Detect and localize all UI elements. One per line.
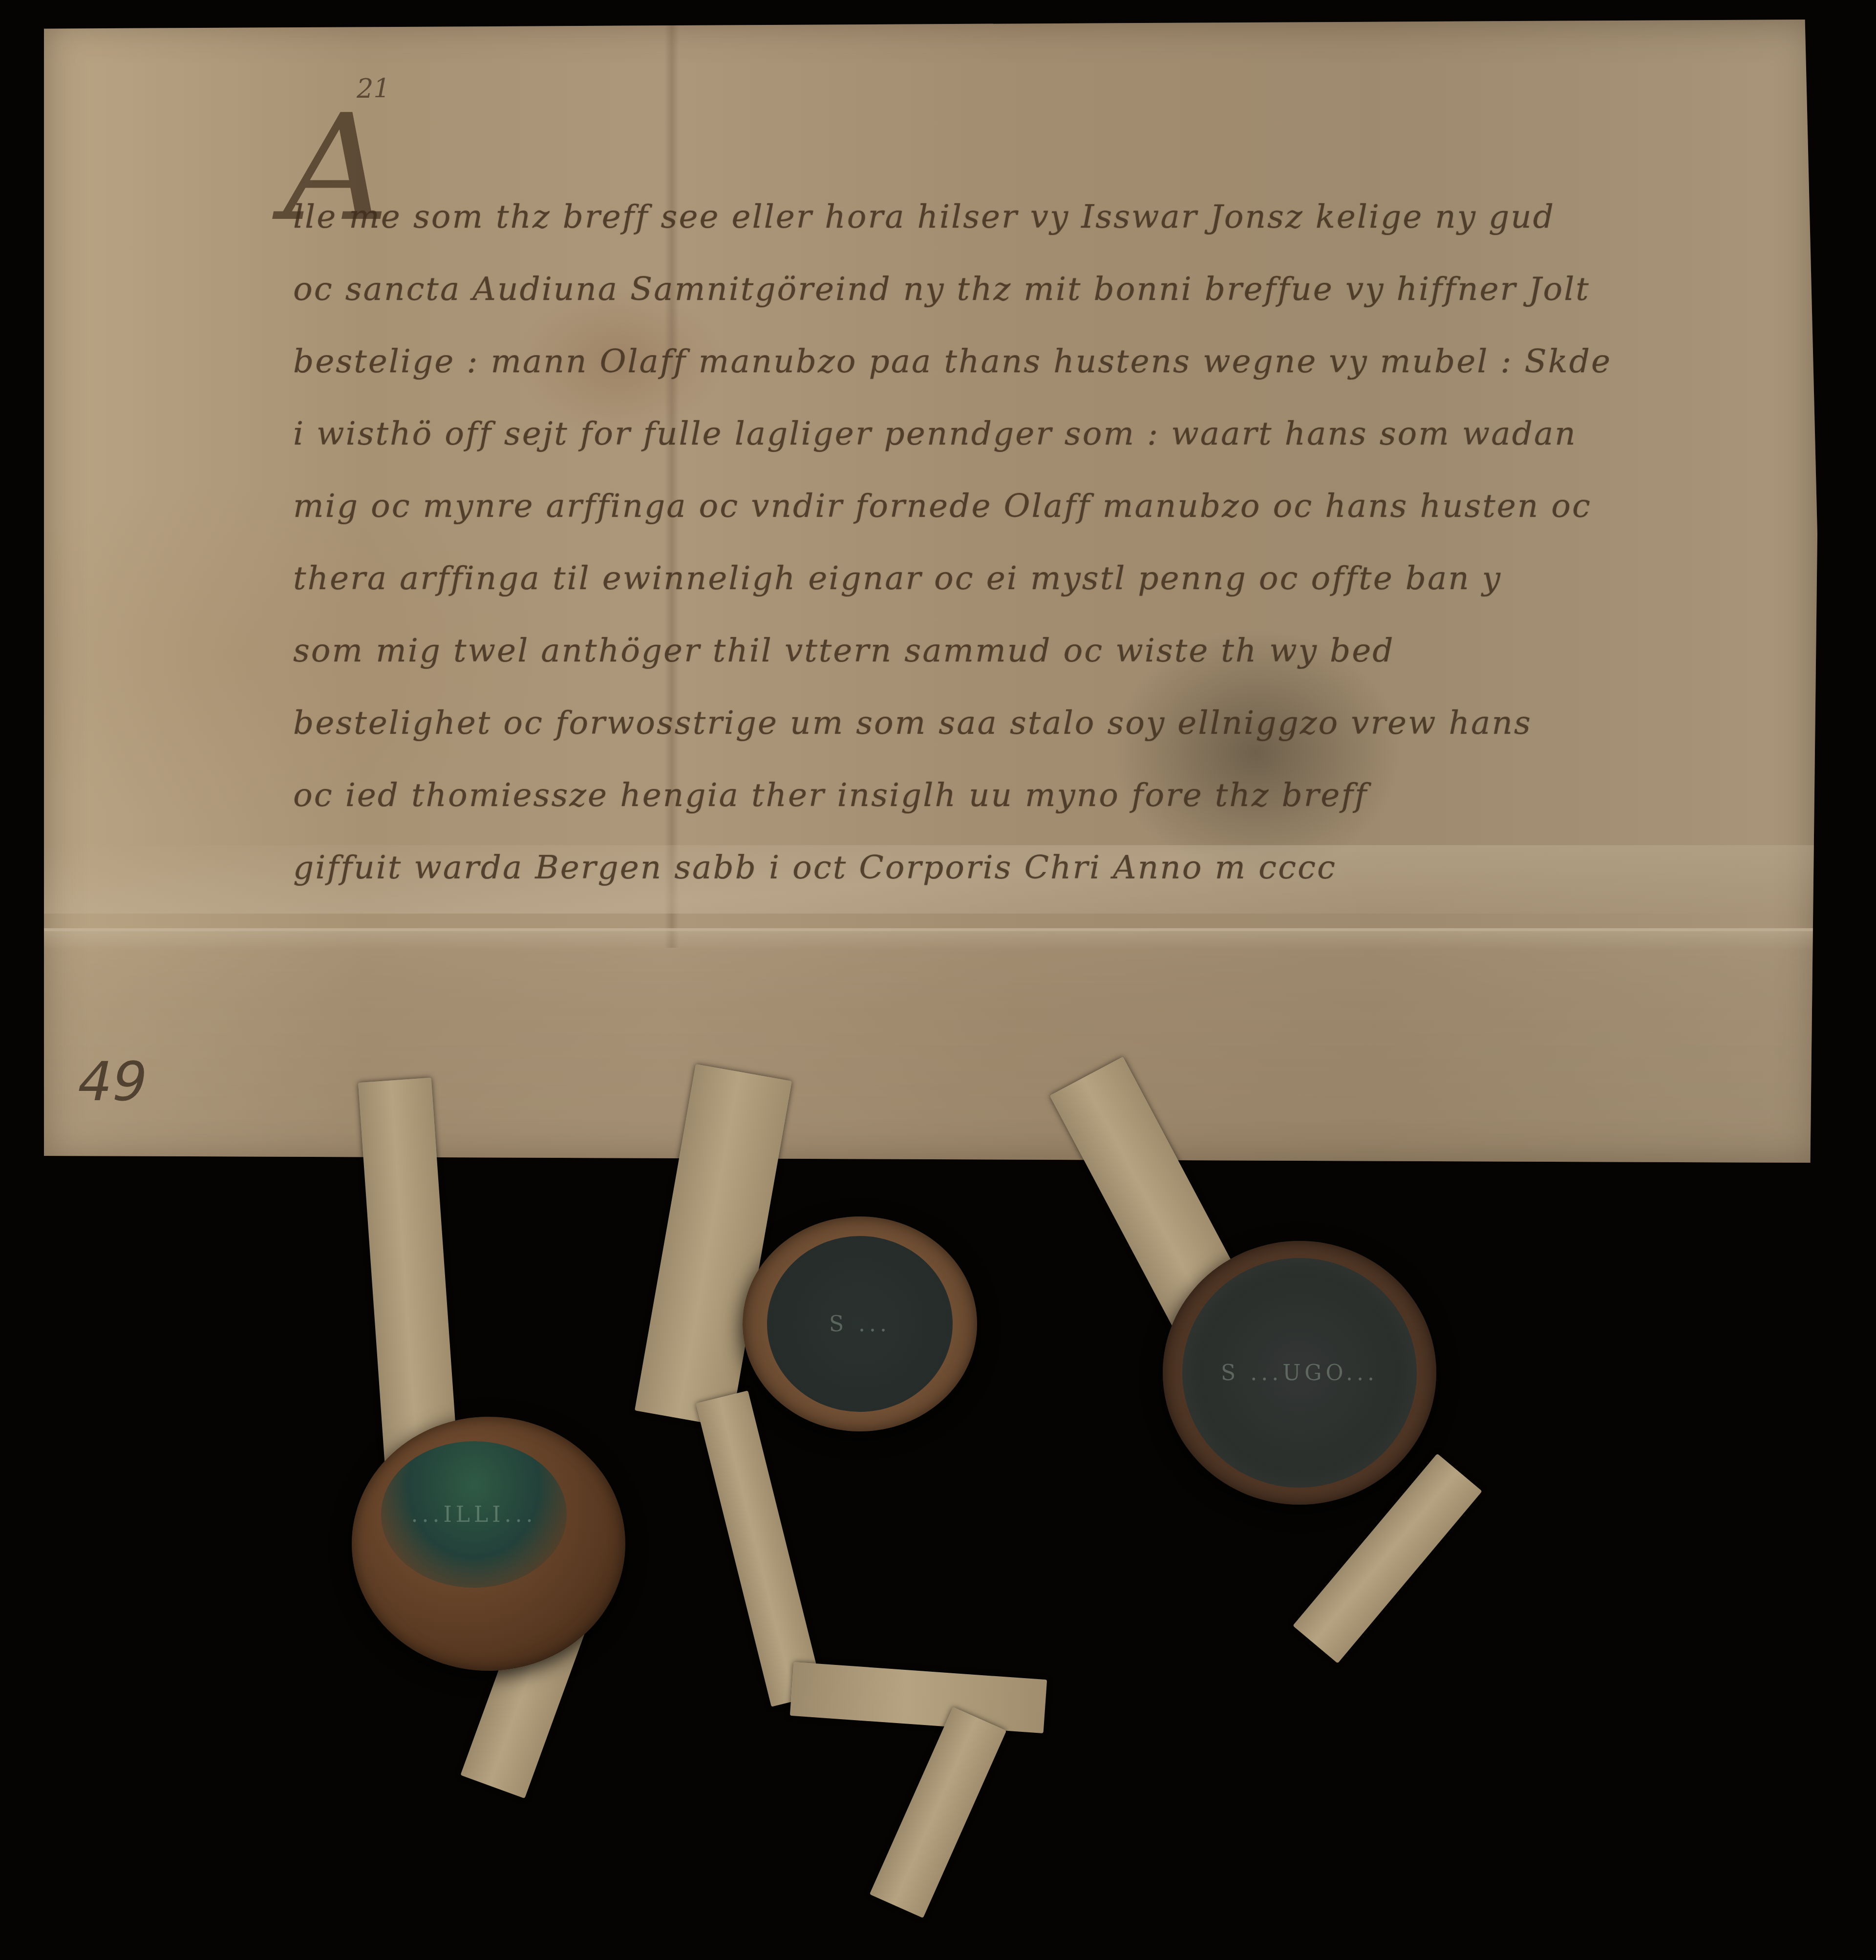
text-line: mig oc mynre arffinga oc vndir fornede O… xyxy=(293,470,1832,542)
parchment-charter: 21 A lle me som thz breff see eller hora… xyxy=(44,20,1817,1163)
seal-impression: ...ILLI... xyxy=(381,1441,567,1588)
plica-turnup xyxy=(44,928,1817,1166)
wax-seal-3: S ...UGO... xyxy=(1163,1241,1436,1505)
seal-tag-2-ribbon xyxy=(696,1390,824,1707)
text-line: thera arffinga til ewinneligh eignar oc … xyxy=(293,542,1832,615)
text-line: giffuit warda Bergen sabb i oct Corporis… xyxy=(293,831,1832,904)
wax-seal-1: ...ILLI... xyxy=(352,1417,625,1671)
text-line: bestelighet oc forwosstrige um som saa s… xyxy=(293,687,1832,759)
text-line: oc ied thomiessze hengia ther insiglh uu… xyxy=(293,759,1832,831)
seal-tag-2-fold xyxy=(790,1662,1047,1733)
text-line: i wisthö off sejt for fulle lagliger pen… xyxy=(293,398,1832,470)
charter-text: A lle me som thz breff see eller hora hi… xyxy=(293,181,1832,904)
seal-impression: S ...UGO... xyxy=(1182,1258,1417,1488)
seal-impression: S ... xyxy=(767,1236,953,1412)
text-line: som mig twel anthöger thil vttern sammud… xyxy=(293,615,1832,687)
archive-number: 49 xyxy=(71,1050,153,1113)
text-line: oc sancta Audiuna Samnitgöreind ny thz m… xyxy=(293,253,1832,325)
seal-tag-2-end xyxy=(870,1707,1006,1918)
text-line: lle me som thz breff see eller hora hils… xyxy=(293,181,1832,253)
wax-seal-2: S ... xyxy=(743,1216,977,1431)
text-line: bestelige : mann Olaff manubzo paa thans… xyxy=(293,325,1832,398)
